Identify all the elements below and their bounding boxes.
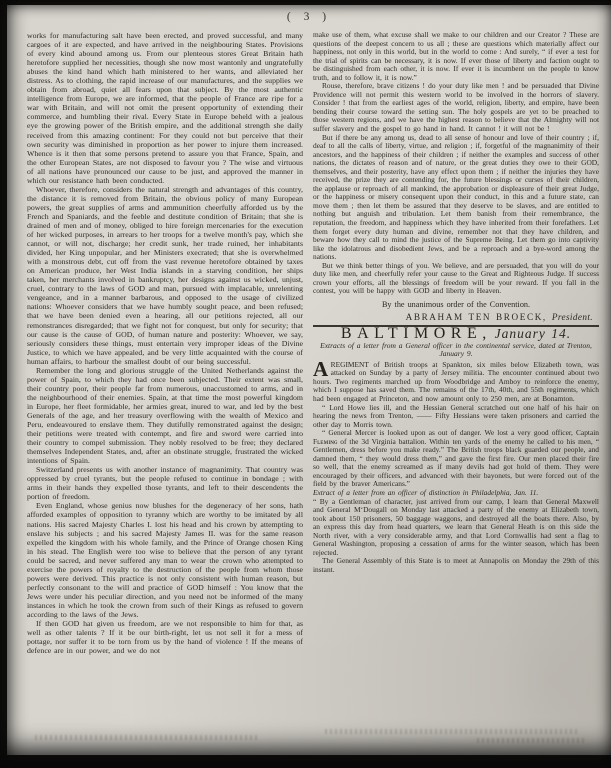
paragraph: But we think better things of you. We be… — [313, 262, 599, 296]
lead-paragraph-text: REGIMENT of British troops at Spankton, … — [313, 360, 599, 403]
dropcap-letter: A — [313, 361, 328, 378]
paragraph: Whoever, therefore, considers the natura… — [27, 185, 303, 366]
paragraph: “ Lord Howe lies ill, and the Hessian Ge… — [313, 404, 599, 430]
convention-order-line: By the unanimous order of the Convention… — [313, 301, 599, 310]
ink-showthrough-smudge — [325, 729, 580, 734]
paragraph: “ General Mercer is looked upon as out o… — [313, 429, 599, 489]
left-text-column: works for manufacturing salt have been e… — [27, 31, 303, 655]
paper-sheet: ( 3 ) works for manufacturing salt have … — [7, 5, 611, 755]
paragraph: Rouse, therefore, brave citizens ! do yo… — [313, 82, 599, 133]
signature-title: President. — [552, 312, 593, 322]
paragraph: make use of them, what excuse shall we m… — [313, 31, 599, 82]
signature-line: ABRAHAM TEN BROECK,President. — [313, 313, 593, 322]
headline-city: BALTIMORE, — [341, 325, 492, 342]
newspaper-scan-page: ( 3 ) works for manufacturing salt have … — [0, 0, 611, 768]
ink-showthrough-smudge — [477, 738, 587, 743]
baltimore-headline: BALTIMORE, January 14. — [313, 330, 599, 341]
lead-paragraph: AREGIMENT of British troops at Spankton,… — [313, 361, 599, 404]
paragraph: works for manufacturing salt have been e… — [27, 31, 303, 185]
paragraph: But if there be any among us, dead to al… — [313, 134, 599, 262]
paragraph: “ By a Gentleman of character, just arri… — [313, 498, 599, 558]
paragraph: Even England, whose genius now blushes f… — [27, 501, 303, 619]
right-text-column: make use of them, what excuse shall we m… — [313, 31, 599, 574]
letter-byline: Extracts of a letter from a General offi… — [313, 342, 599, 359]
paragraph: Remember the long and glorious struggle … — [27, 366, 303, 466]
headline-date: January 14. — [495, 326, 572, 341]
paragraph: Switzerland presents us with another ins… — [27, 465, 303, 501]
paragraph: If then GOD hat given us freedom, are we… — [27, 619, 303, 655]
page-number: ( 3 ) — [7, 11, 611, 23]
ink-showthrough-smudge — [35, 735, 260, 740]
paragraph: The General Assembly of this State is to… — [313, 557, 599, 574]
signature-name: ABRAHAM TEN BROECK, — [406, 312, 547, 322]
